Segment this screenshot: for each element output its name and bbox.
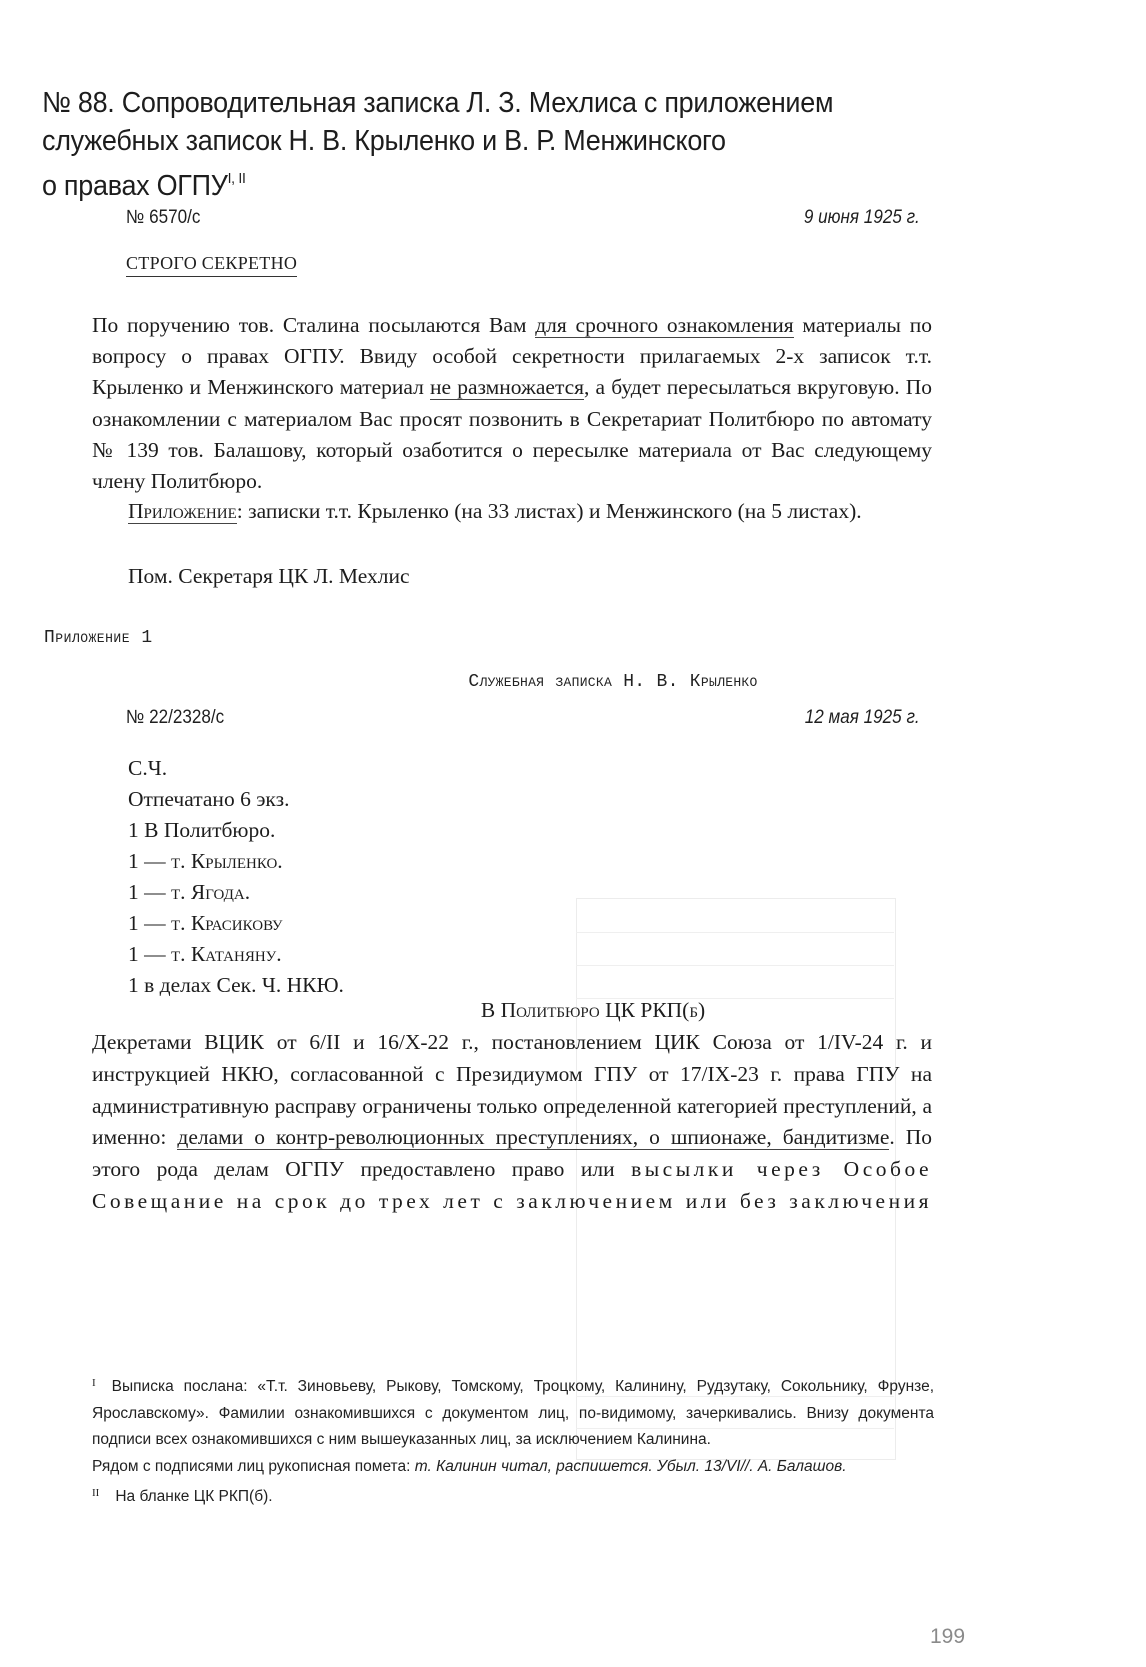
- distribution-item: 1 — т. Ягода.: [128, 877, 250, 907]
- underlined-phrase: для срочного ознакомления: [535, 313, 793, 338]
- title-line-3: о правах ОГПУI, II: [42, 160, 898, 205]
- title-line-1: № 88. Сопроводительная записка Л. З. Мех…: [42, 84, 898, 122]
- cover-letter-paragraph: По поручению тов. Сталина посылаются Вам…: [92, 310, 932, 497]
- doc-number: № 6570/с: [126, 207, 200, 229]
- copies-note: Отпечатано 6 экз.: [128, 784, 289, 814]
- cover-letter-appendix: Приложение: записки т.т. Крыленко (на 33…: [92, 496, 932, 527]
- page-number: 199: [930, 1625, 965, 1649]
- title-footnote-refs: I, II: [228, 170, 246, 187]
- show-through-rule: [576, 932, 894, 933]
- footnote-2: IIНа бланке ЦК РКП(б).: [92, 1480, 934, 1511]
- footnote-1-note: Рядом с подписями лиц рукописная помета:…: [92, 1454, 934, 1481]
- signature: Пом. Секретаря ЦК Л. Мехлис: [128, 561, 410, 591]
- footnote-mark: II: [92, 1487, 99, 1499]
- distribution-item: 1 — т. Катаняну.: [128, 939, 282, 969]
- title-line-2: служебных записок Н. В. Крыленко и В. Р.…: [42, 122, 898, 160]
- classification-stamp: СТРОГО СЕКРЕТНО: [126, 253, 297, 277]
- addressee: В Политбюро ЦК РКП(б): [0, 998, 1146, 1023]
- distribution-item: 1 — т. Крыленко.: [128, 846, 283, 876]
- appendix-title: Служебная записка Н. В. Крыленко: [0, 672, 1146, 692]
- handwritten-note: т. Калинин читал, распишется. Убыл. 13/V…: [415, 1458, 847, 1475]
- footnote-mark: I: [92, 1377, 96, 1389]
- footnotes: IВыписка послана: «Т.т. Зиновьеву, Рыков…: [92, 1370, 934, 1511]
- marking: С.Ч.: [128, 753, 167, 783]
- document-title: № 88. Сопроводительная записка Л. З. Мех…: [42, 84, 898, 205]
- appendix-doc-date: 12 мая 1925 г.: [805, 707, 920, 729]
- memo-body: Декретами ВЦИК от 6/II и 16/X-22 г., пос…: [92, 1027, 932, 1218]
- footnote-1: IВыписка послана: «Т.т. Зиновьеву, Рыков…: [92, 1370, 934, 1454]
- appendix-heading: Приложение 1: [44, 628, 153, 648]
- distribution-item: 1 в делах Сек. Ч. НКЮ.: [128, 970, 344, 1000]
- distribution-item: 1 — т. Красикову: [128, 908, 282, 938]
- doc-date: 9 июня 1925 г.: [804, 207, 920, 229]
- document-page: № 88. Сопроводительная записка Л. З. Мех…: [0, 0, 1146, 1667]
- distribution-item: 1 В Политбюро.: [128, 815, 275, 845]
- show-through-rule: [576, 965, 894, 966]
- appendix-label: Приложение: [128, 499, 237, 524]
- underlined-phrase: не размножается: [430, 375, 584, 400]
- appendix-doc-number: № 22/2328/с: [126, 707, 224, 729]
- underlined-phrase: делами о контр-революционных преступлени…: [177, 1125, 889, 1150]
